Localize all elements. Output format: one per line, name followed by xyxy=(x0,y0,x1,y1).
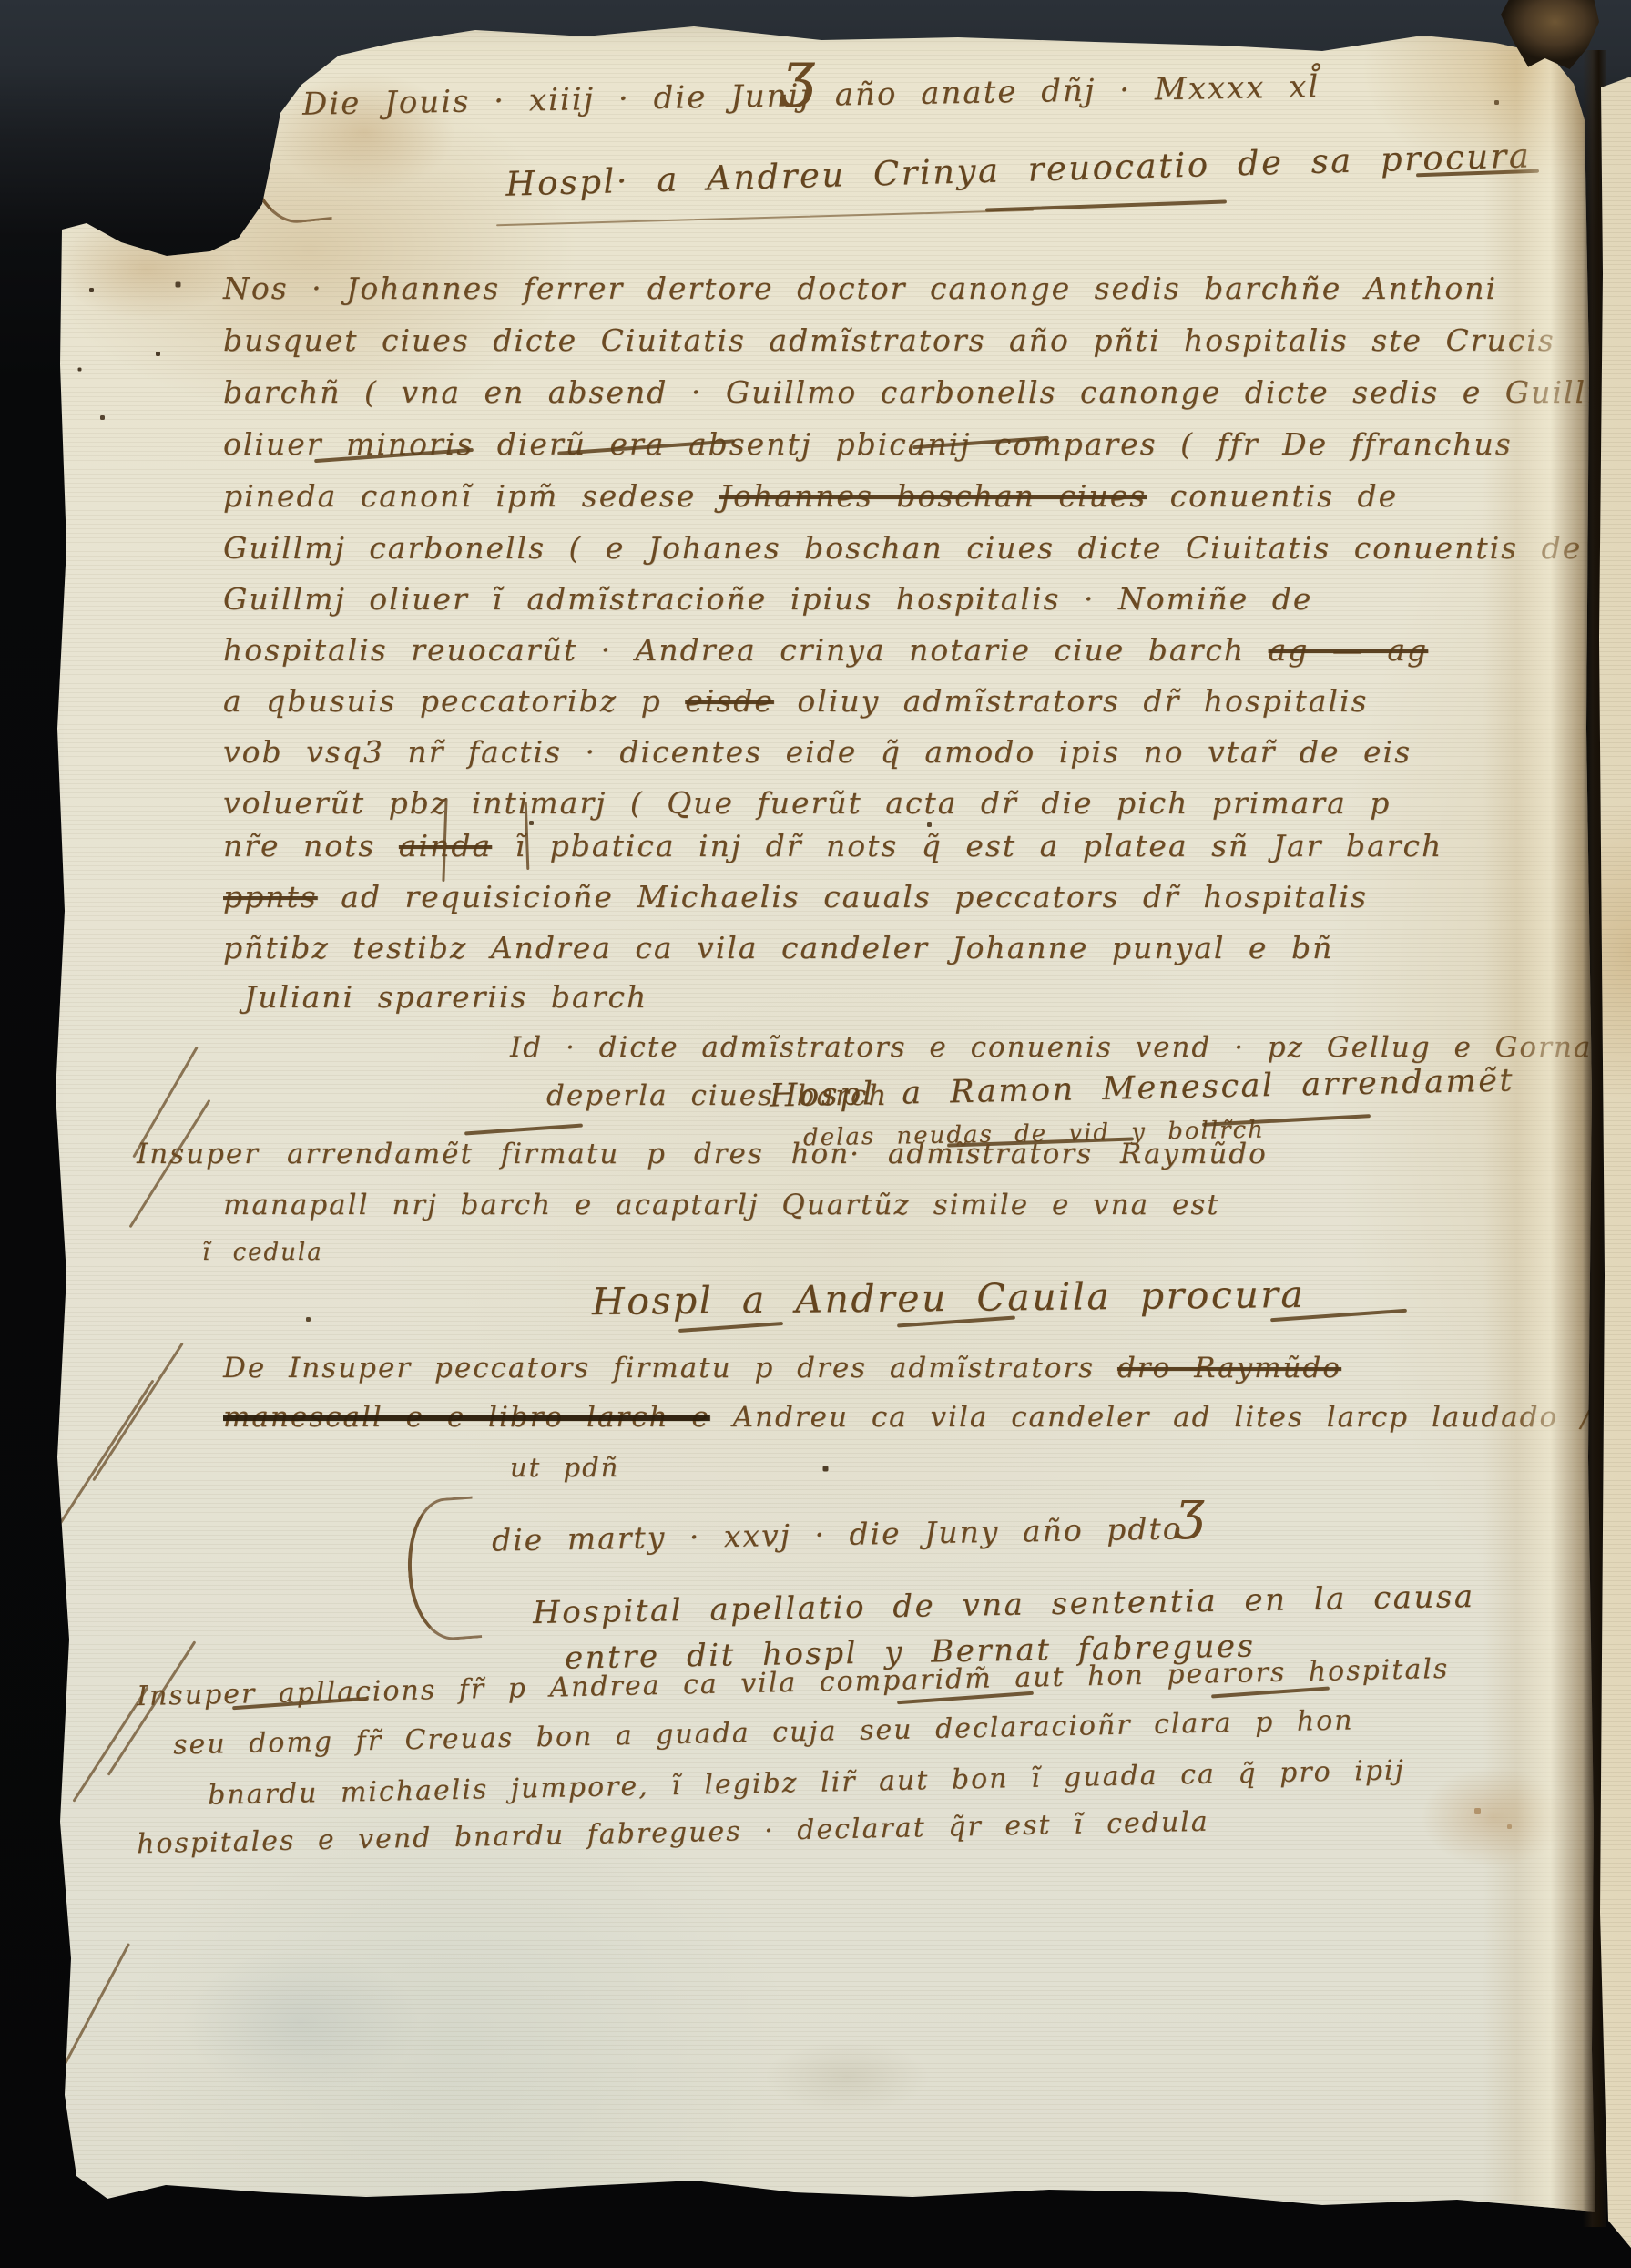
manuscript-page: Die Jouis · xiiij · die Junij año anate … xyxy=(0,0,1631,2268)
page-fold-highlight xyxy=(1483,27,1595,2232)
paper-edge-shading xyxy=(0,0,1631,2268)
photo-backdrop: Die Jouis · xiiij · die Junij año anate … xyxy=(0,0,1631,2268)
ink-specks xyxy=(0,0,1,1)
